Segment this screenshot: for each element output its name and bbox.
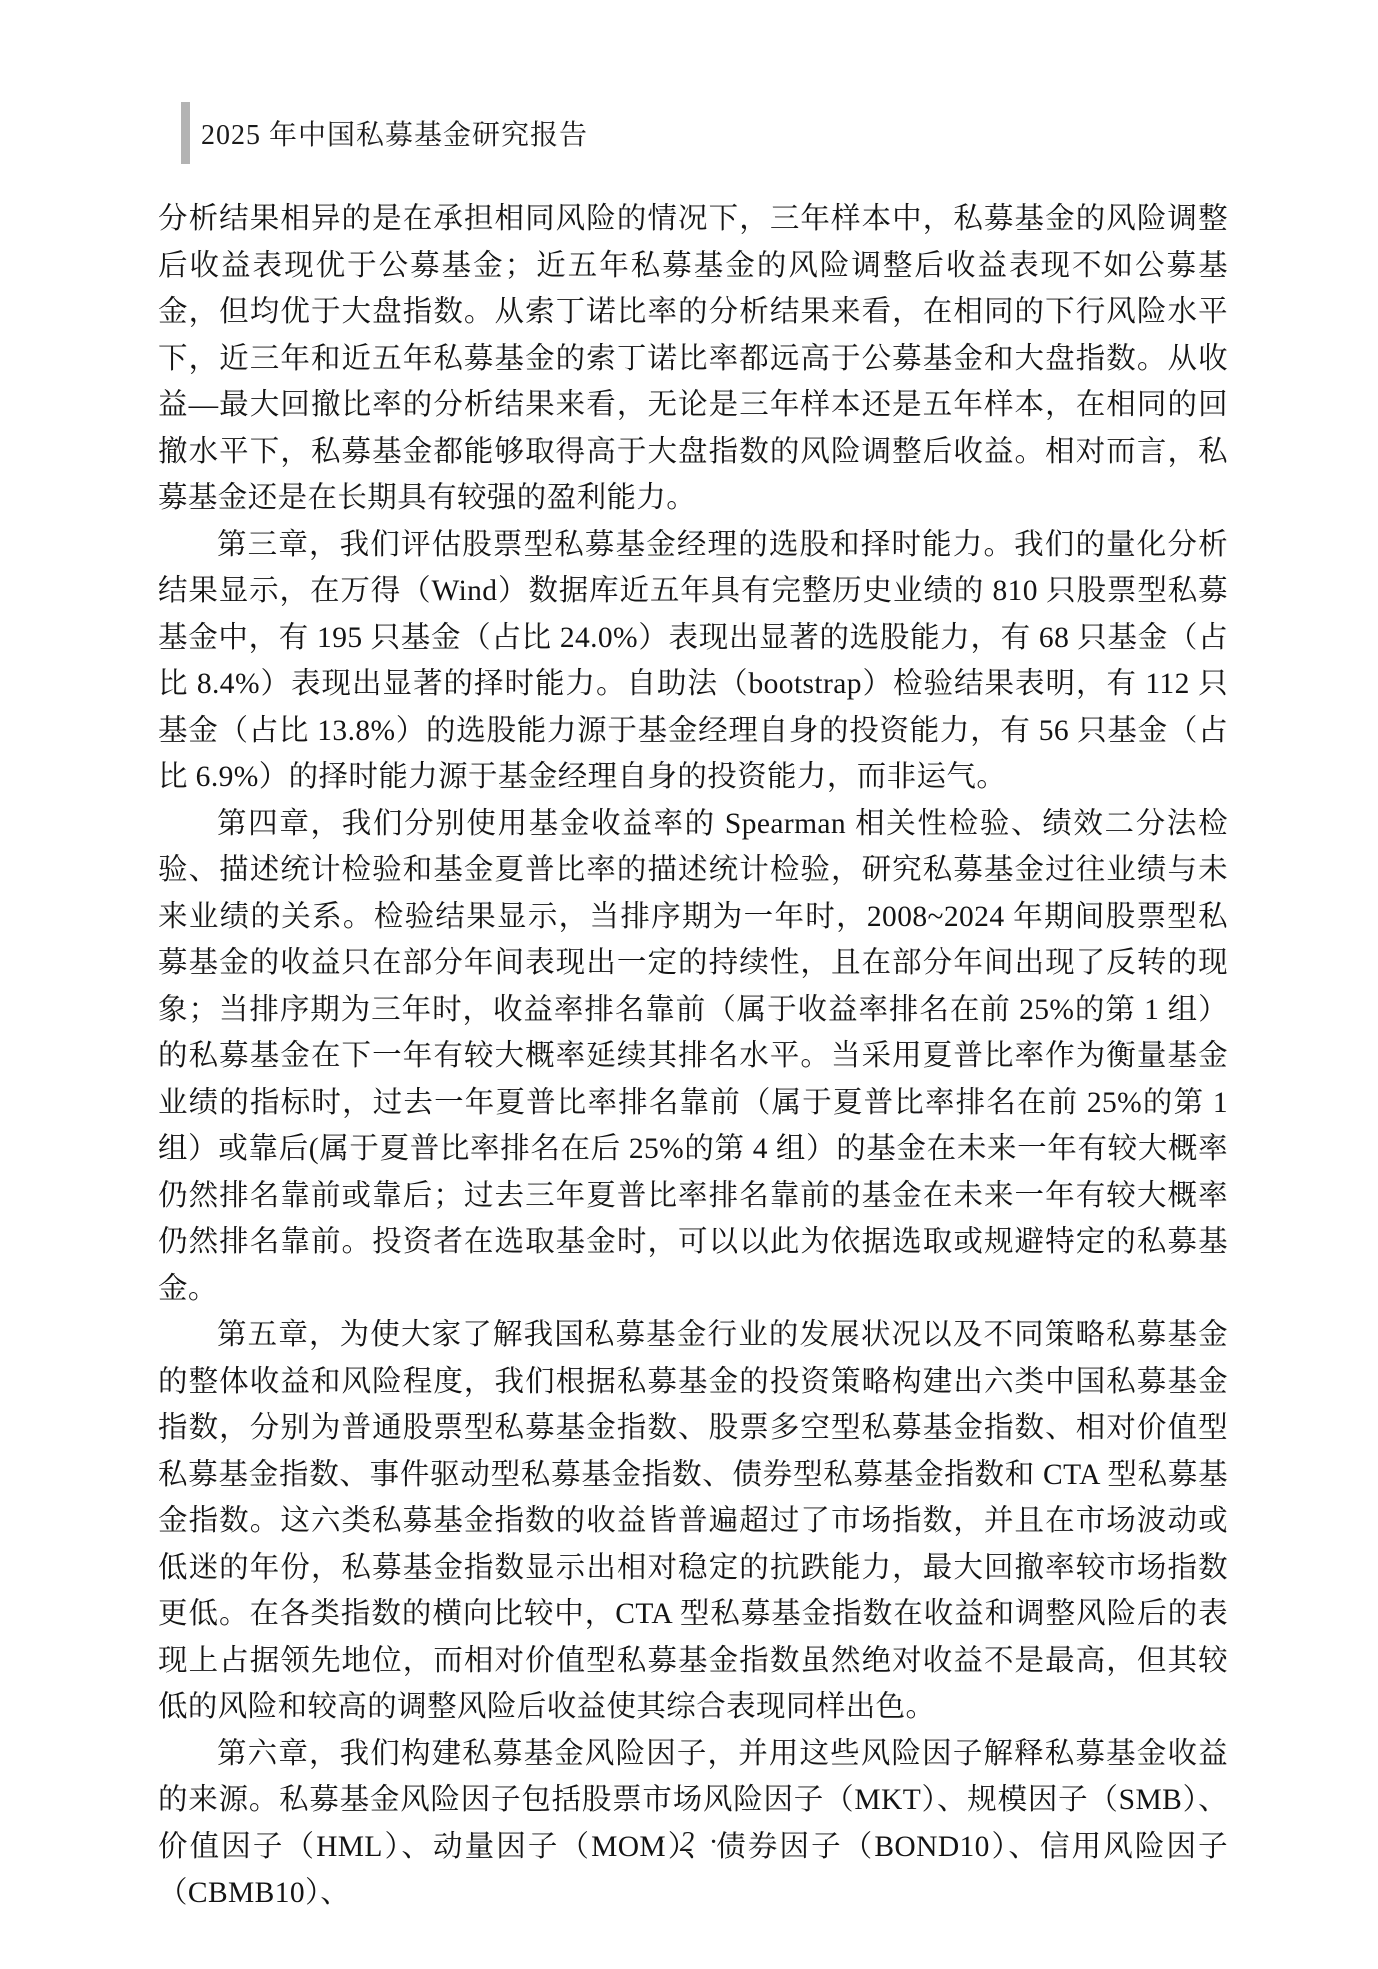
header-accent-bar bbox=[181, 102, 190, 164]
paragraph-chapter-4: 第四章，我们分别使用基金收益率的 Spearman 相关性检验、绩效二分法检验、… bbox=[158, 801, 1228, 1313]
paragraph-chapter-5: 第五章，为使大家了解我国私募基金行业的发展状况以及不同策略私募基金的整体收益和风… bbox=[158, 1312, 1228, 1731]
paragraph-chapter-3: 第三章，我们评估股票型私募基金经理的选股和择时能力。我们的量化分析结果显示，在万… bbox=[158, 522, 1228, 801]
page-header: 2025 年中国私募基金研究报告 bbox=[181, 102, 588, 164]
document-body: 分析结果相异的是在承担相同风险的情况下，三年样本中，私募基金的风险调整后收益表现… bbox=[158, 196, 1228, 1917]
paragraph-chapter-6: 第六章，我们构建私募基金风险因子，并用这些风险因子解释私募基金收益的来源。私募基… bbox=[158, 1731, 1228, 1917]
page-footer: · 2 · bbox=[0, 1826, 1378, 1859]
report-page: 2025 年中国私募基金研究报告 分析结果相异的是在承担相同风险的情况下，三年样… bbox=[0, 0, 1378, 1969]
page-number: · 2 · bbox=[657, 1826, 721, 1858]
report-title: 2025 年中国私募基金研究报告 bbox=[201, 113, 588, 153]
paragraph-continuation: 分析结果相异的是在承担相同风险的情况下，三年样本中，私募基金的风险调整后收益表现… bbox=[158, 196, 1228, 522]
